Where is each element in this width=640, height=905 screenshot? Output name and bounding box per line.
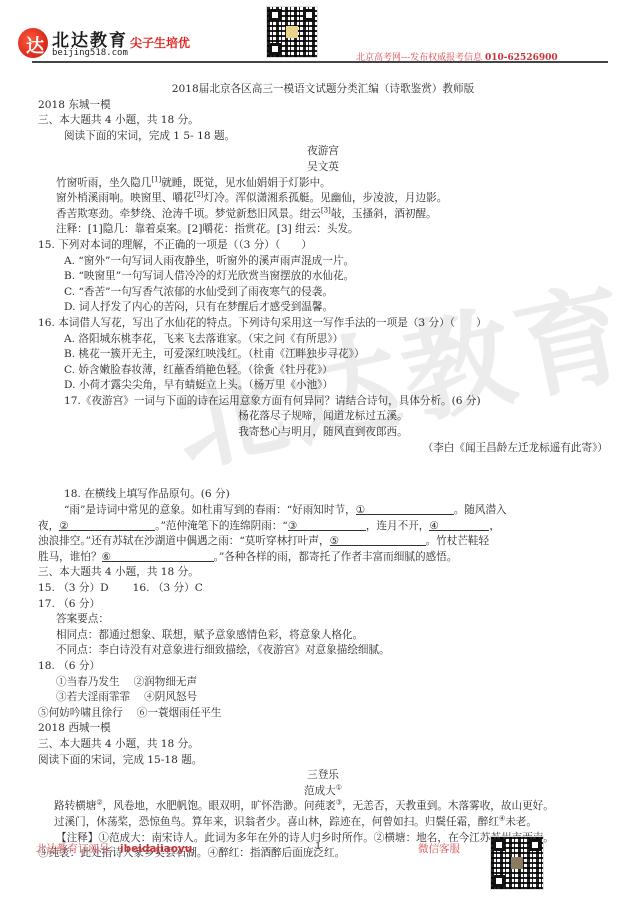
q16-stem: 16. 本词借人写花，写出了水仙花的特点。下列诗句采用这一写作手法的一项是（3 … xyxy=(38,316,608,332)
footer-qr-code-icon xyxy=(490,836,544,890)
page-number: 1 xyxy=(315,841,321,852)
answers-q18-row: ③若夫淫雨霏霏④阴风怒号 xyxy=(38,690,608,706)
section2-reading-prompt: 阅读下面的宋词，完成 15-18 题。 xyxy=(38,753,608,769)
subscription-label: 北达教育订阅号： xyxy=(36,843,120,855)
answers-q17-same: 相同点：都通过想象、联想，赋予意象感情色彩，将意象人格化。 xyxy=(38,628,608,644)
brand-slogan: 尖子生培优 xyxy=(130,34,190,51)
q16-option-d: D. 小荷才露尖尖角，早有蜻蜓立上头。（杨万里《小池》） xyxy=(38,378,608,394)
brand-url: beijing518.com xyxy=(52,48,128,58)
q15-option-a: A. “窗外”一句写词人雨夜静坐，听窗外的溪声雨声混成一片。 xyxy=(38,254,608,270)
q15-stem: 15. 下列对本词的理解，不正确的一项是（（3 分）（ ） xyxy=(38,238,608,254)
poem2-title: 三登乐 xyxy=(38,768,608,784)
q18-line: 浊浪排空。”还有苏轼在沙湖道中偶遇之雨：“莫听穿林打叶声，⑤。竹杖芒鞋轻 xyxy=(38,534,608,550)
poem2-author: 范成大① xyxy=(38,784,608,800)
answers-q18-row: ⑤何妨吟啸且徐行⑥一蓑烟雨任平生 xyxy=(38,706,608,722)
q15-option-b: B. “映窗里”一句写词人借冷冷的灯光欣赏当窗摆放的水仙花。 xyxy=(38,269,608,285)
q18-line: 胜马，谁怕？⑥。”各种各样的雨，都寄托了作者丰富而细腻的感悟。 xyxy=(38,550,608,566)
poem1-line: 竹窗听雨，坐久隐几[1]就睡，既觉，见水仙娟娟于灯影中。 xyxy=(38,176,608,192)
poem2-line: 过溪门，休荡桨，恐惊鱼鸟。算年来，识翁者少。喜山林，踪迹在，何曾如扫。归鬓任霜，… xyxy=(38,815,608,831)
section1-instruction: 三、本大题共 4 小题，共 18 分。 xyxy=(38,113,608,129)
q16-option-c: C. 娇含嫩脸春妆薄，红蘸香绡艳色轻。（徐夤《牡丹花》） xyxy=(38,363,608,379)
fill-blank-2[interactable]: ② xyxy=(59,519,155,531)
fill-blank-5[interactable]: ⑤ xyxy=(330,534,426,546)
answers-q17-diff: 不同点：李白诗没有对意象进行细致描绘，《夜游宫》对意象描绘细腻。 xyxy=(38,643,608,659)
fill-blank-6[interactable]: ⑥ xyxy=(102,550,214,562)
subscription-id: ibeidajiaoyu xyxy=(120,843,192,855)
q15-option-c: C. “香苦”一句写香气浓郁的水仙受到了雨夜寒气的侵袭。 xyxy=(38,285,608,301)
answers-header: 三、本大题共 4 小题，共 18 分。 xyxy=(38,565,608,581)
poem1-author: 吴文英 xyxy=(38,160,608,176)
spacer xyxy=(38,456,608,472)
poem1-notes: 注释：[1]隐几：靠着桌案。[2]嚼花：指赏花。[3] 绀云：头发。 xyxy=(38,222,608,238)
header-divider xyxy=(32,61,608,63)
q16-option-b: B. 桃花一簇开无主，可爱深红映浅红。（杜甫《江畔独步寻花》） xyxy=(38,347,608,363)
fill-blank-1[interactable]: ① xyxy=(356,503,454,515)
answers-q17-label: 17. （6 分） xyxy=(38,597,608,613)
spacer xyxy=(38,472,608,488)
answers-q18-row: ①当春乃发生②润物细无声 xyxy=(38,675,608,691)
q18-line: 夜，②。”范仲淹笔下的连绵阴雨：“③，连月不开，④， xyxy=(38,519,608,535)
poem1-line: 窗外梢溪雨响。映窗里、嚼花[2]灯冷。浑似潇湘系孤艇。见幽仙，步凌波，月边影。 xyxy=(38,191,608,207)
answers-q17-points-label: 答案要点： xyxy=(38,612,608,628)
section1-region: 2018 东城一模 xyxy=(38,98,608,114)
poem1-line: 香苦欺寒劲。牵梦绕、沧涛千顷。梦觉新愁旧风景。绀云[3]敧，玉搔斜，酒初醒。 xyxy=(38,207,608,223)
q18-stem: 18. 在横线上填写作品原句。(6 分) xyxy=(38,487,608,503)
header-qr-code-icon xyxy=(266,6,318,58)
poem2-line: 路转横塘②，风卷地，水肥帆饱。眼双明，旷怀浩渺。问莼袤③，无恙否，天教重到。木落… xyxy=(38,799,608,815)
brand-logo-icon: 达 xyxy=(18,28,48,58)
q15-option-d: D. 词人抒发了内心的苦闷，只有在梦醒后才感受到温馨。 xyxy=(38,300,608,316)
fill-blank-3[interactable]: ③ xyxy=(288,519,366,531)
poem1-title: 夜游宫 xyxy=(38,144,608,160)
fill-blank-4[interactable]: ④ xyxy=(429,519,489,531)
q18-line: “雨”是诗词中常见的意象。如杜甫写到的春雨：“好雨知时节，①。随风潜入 xyxy=(38,503,608,519)
q17-stem: 17.《夜游宫》一词与下面的诗在运用意象方面有何异同？请结合诗句，具体分析。(6… xyxy=(38,394,608,410)
section1-reading-prompt: 阅读下面的宋词，完成 1 5- 18 题。 xyxy=(38,129,608,145)
document-title: 2018届北京各区高三一模语文试题分类汇编（诗歌鉴赏）教师版 xyxy=(38,82,608,98)
answers-q15-16: 15. （3 分）D16. （3 分）C xyxy=(38,581,608,597)
answers-q18-label: 18. （6 分） xyxy=(38,659,608,675)
wechat-service-label: 微信客服 xyxy=(418,841,460,856)
footer-subscription: 北达教育订阅号：ibeidajiaoyu xyxy=(36,841,192,856)
q17-poem-line: 杨花落尽子规啼，闻道龙标过五溪。 xyxy=(38,409,608,425)
q16-option-a: A. 洛阳城东桃李花，飞来飞去落谁家。（宋之问《有所思》） xyxy=(38,332,608,348)
section2-instruction: 三、本大题共 4 小题，共 18 分。 xyxy=(38,737,608,753)
section2-region: 2018 西城一模 xyxy=(38,721,608,737)
q17-poem-line: 我寄愁心与明月，随风直到夜郎西。 xyxy=(38,425,608,441)
document-body: 2018届北京各区高三一模语文试题分类汇编（诗歌鉴赏）教师版 2018 东城一模… xyxy=(38,82,608,862)
q17-source: （李白《闻王昌龄左迁龙标遥有此寄》） xyxy=(38,441,608,457)
